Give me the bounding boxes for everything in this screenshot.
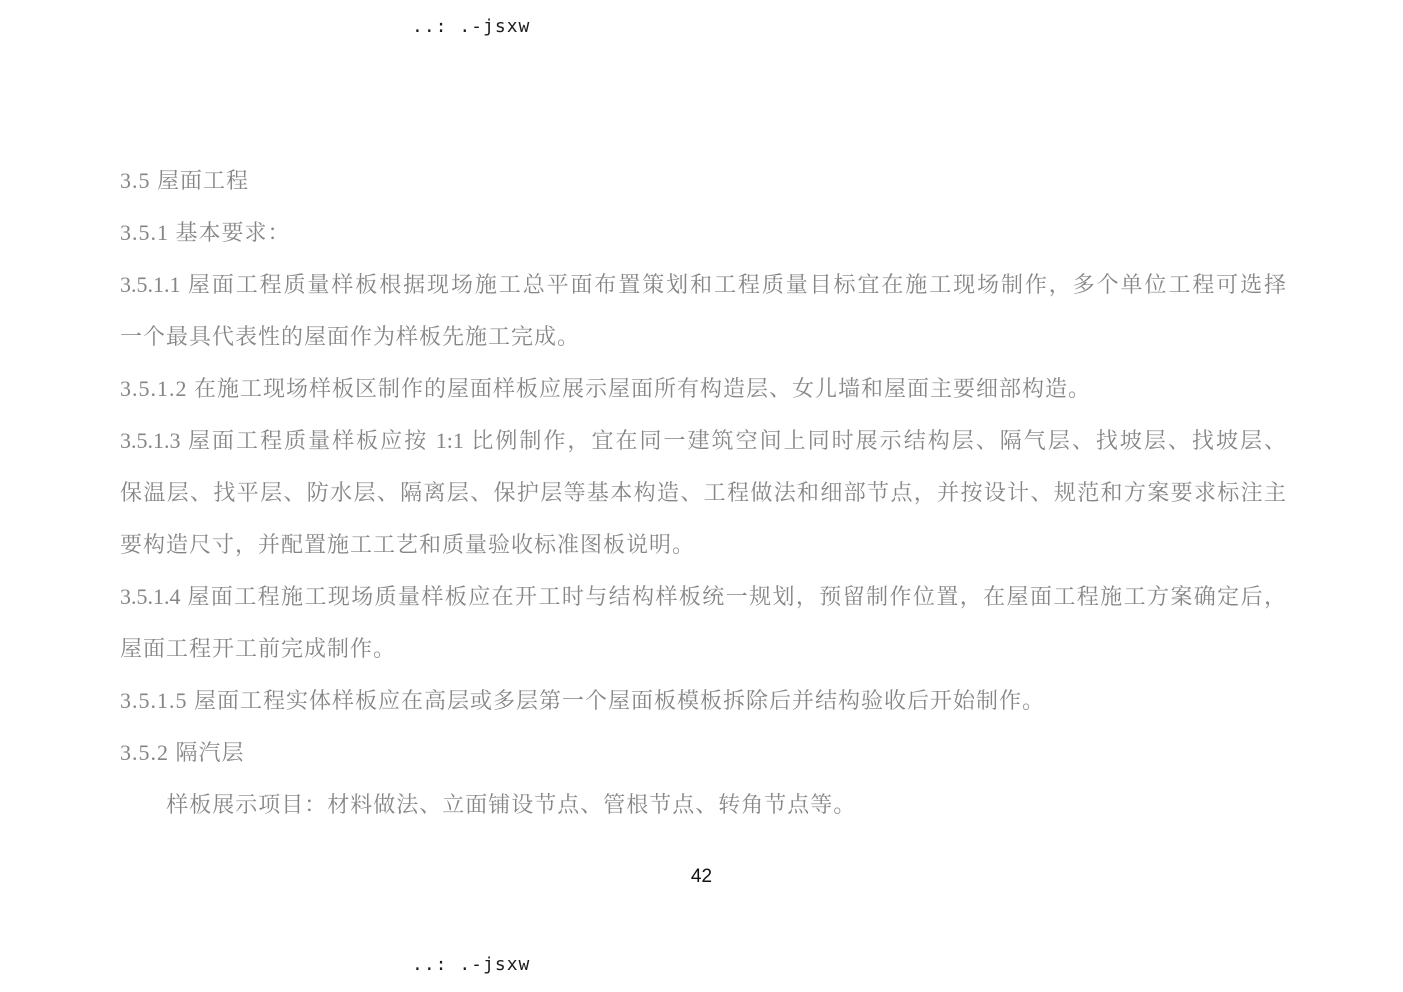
- page-footer-text: ..: .-jsxw: [412, 954, 530, 975]
- text-line: 要构造尺寸，并配置施工工艺和质量验收标准图板说明。: [120, 519, 1286, 571]
- text-line: 样板展示项目：材料做法、立面铺设节点、管根节点、转角节点等。: [120, 779, 1286, 831]
- section-heading: 3.5 屋面工程: [120, 155, 1286, 207]
- text-line: 保温层、找平层、防水层、隔离层、保护层等基本构造、工程做法和细部节点，并按设计、…: [120, 467, 1286, 519]
- text-line: 3.5.1.1 屋面工程质量样板根据现场施工总平面布置策划和工程质量目标宜在施工…: [120, 259, 1286, 311]
- subsection-heading: 3.5.1 基本要求：: [120, 207, 1286, 259]
- text-line: 一个最具代表性的屋面作为样板先施工完成。: [120, 311, 1286, 363]
- text-line: 屋面工程开工前完成制作。: [120, 623, 1286, 675]
- text-line: 3.5.1.5 屋面工程实体样板应在高层或多层第一个屋面板模板拆除后并结构验收后…: [120, 675, 1286, 727]
- text-line: 3.5.1.2 在施工现场样板区制作的屋面样板应展示屋面所有构造层、女儿墙和屋面…: [120, 363, 1286, 415]
- text-line: 3.5.1.3 屋面工程质量样板应按 1:1 比例制作，宜在同一建筑空间上同时展…: [120, 415, 1286, 467]
- document-body: 3.5 屋面工程 3.5.1 基本要求： 3.5.1.1 屋面工程质量样板根据现…: [120, 155, 1286, 831]
- text-line: 3.5.1.4 屋面工程施工现场质量样板应在开工时与结构样板统一规划，预留制作位…: [120, 571, 1286, 623]
- page-number: 42: [0, 866, 1403, 888]
- page-header-text: ..: .-jsxw: [412, 16, 530, 37]
- document-page: ..: .-jsxw 3.5 屋面工程 3.5.1 基本要求： 3.5.1.1 …: [0, 0, 1403, 992]
- subsection-heading: 3.5.2 隔汽层: [120, 727, 1286, 779]
